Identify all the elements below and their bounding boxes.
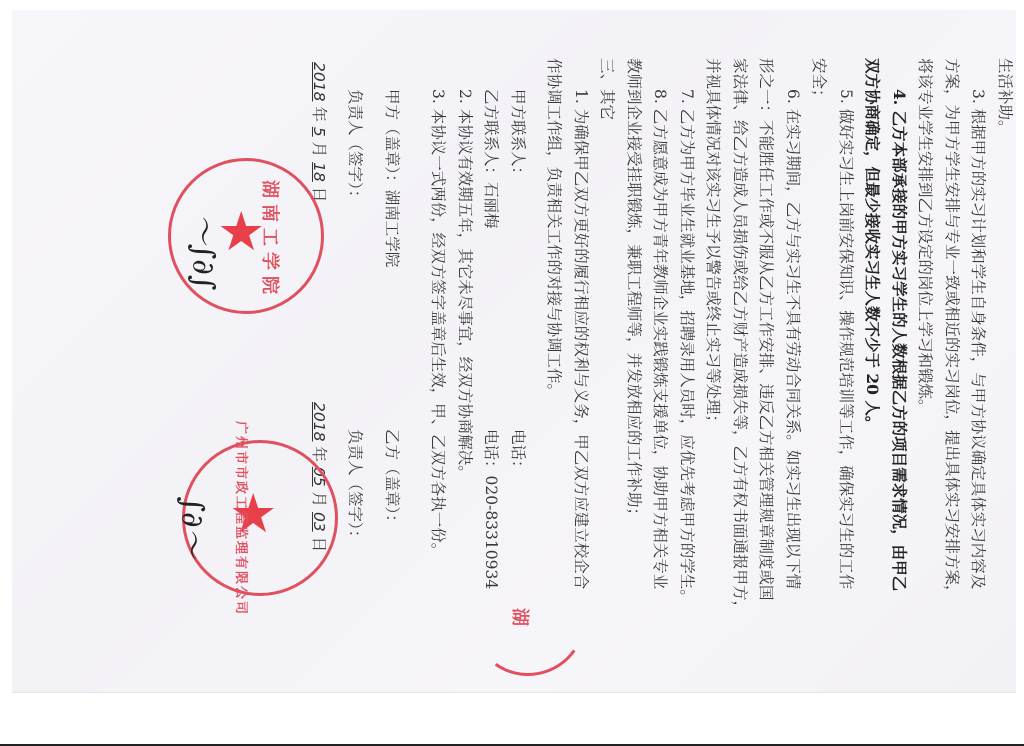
document-line: 双方协商确定，但最少接收实习生人数不少于 20 人。 <box>859 58 886 678</box>
clause-copies: 3. 本协议一式两份，经双方签字盖章后生效，甲、乙双方各执一份。 <box>425 58 452 678</box>
document-line: 方案，为甲方学生安排与专业一致或相近的实习岗位，提出具体实习安排方案， <box>939 58 966 678</box>
seal-row: 甲方（盖章）：湖南工学院 乙方（盖章）： <box>379 58 406 678</box>
document-line: 4. 乙方本部承接的甲方实习学生的人数根据乙方的项目需求情况，由甲乙 <box>886 58 913 678</box>
document-line: 三、其它 <box>594 58 621 678</box>
partial-stamp-text: 湖 <box>508 608 534 626</box>
document-line: 5. 做好实习生上岗前安保知识、操作规范培训等工作，确保实习生的工作 <box>833 58 860 678</box>
document-line: 生活补助。 <box>992 58 1019 678</box>
party-a-signer-label: 负责人（签字）： <box>342 58 369 429</box>
signer-row: 负责人（签字）： 负责人（签字）： <box>342 58 369 678</box>
date-row: 2018 年 5 月 18 日 2018 年 05 月 03 日 <box>306 58 333 678</box>
party-a-contact: 甲方联系人： <box>505 58 532 429</box>
document-line: 7. 乙方为甲方毕业生就业基地，招聘录用人员时，应优先考虑甲方的学生。 <box>674 58 701 678</box>
party-a-stamp-text: 湖南工学院 <box>258 180 284 300</box>
document-line: 8. 乙方愿意成为甲方青年教师企业实践锻炼支援单位，协助甲方相关专业 <box>647 58 674 678</box>
document-line: 教师到企业接受挂职锻炼，兼职工程师等，并发放相应的工作补助； <box>621 58 648 678</box>
party-b-signature: ∫∂〜 <box>174 496 218 557</box>
party-b-stamp-text: 广州市市政工程监理有限公司 <box>233 421 252 616</box>
party-b-signer-label: 负责人（签字）： <box>342 429 369 545</box>
document-line: 将该专业学生安排到乙方设定的岗位上学习和锻炼。 <box>912 58 939 678</box>
document-line: 6. 在实习期间，乙方与实习生不具有劳动合同关系。如实习生出现以下情 <box>780 58 807 678</box>
party-a-phone: 电话： <box>505 429 532 476</box>
party-a-signature: 〜∫∂∫ <box>184 214 228 291</box>
document-line: 3. 根据甲方的实习计划和学生自身条件，与甲方协议确定具体实习内容及 <box>965 58 992 678</box>
party-b-contact: 乙方联系人：石丽梅 <box>478 58 505 429</box>
clause-lines: 生活补助。3. 根据甲方的实习计划和学生自身条件，与甲方协议确定具体实习内容及方… <box>541 58 1018 678</box>
document-line: 形之一：不能胜任工作或不服从乙方工作安排、违反乙方相关管理规章制度或国 <box>753 58 780 678</box>
document-line: 家法律、给乙方造成人员损伤或给乙方财产造成损失等，乙方有权书面通报甲方， <box>727 58 754 678</box>
party-a-seal-label: 甲方（盖章）：湖南工学院 <box>379 58 406 429</box>
party-b-seal-label: 乙方（盖章）： <box>379 429 406 530</box>
party-b-phone: 电话：020-83310934 <box>478 429 505 589</box>
document-line: 安全； <box>806 58 833 678</box>
document-line: 并视具体情况对该实习生予以警告或终止实习等处理； <box>700 58 727 678</box>
clause-validity: 2. 本协议有效期五年，其它未尽事宜，经双方协商解决。 <box>452 58 479 678</box>
